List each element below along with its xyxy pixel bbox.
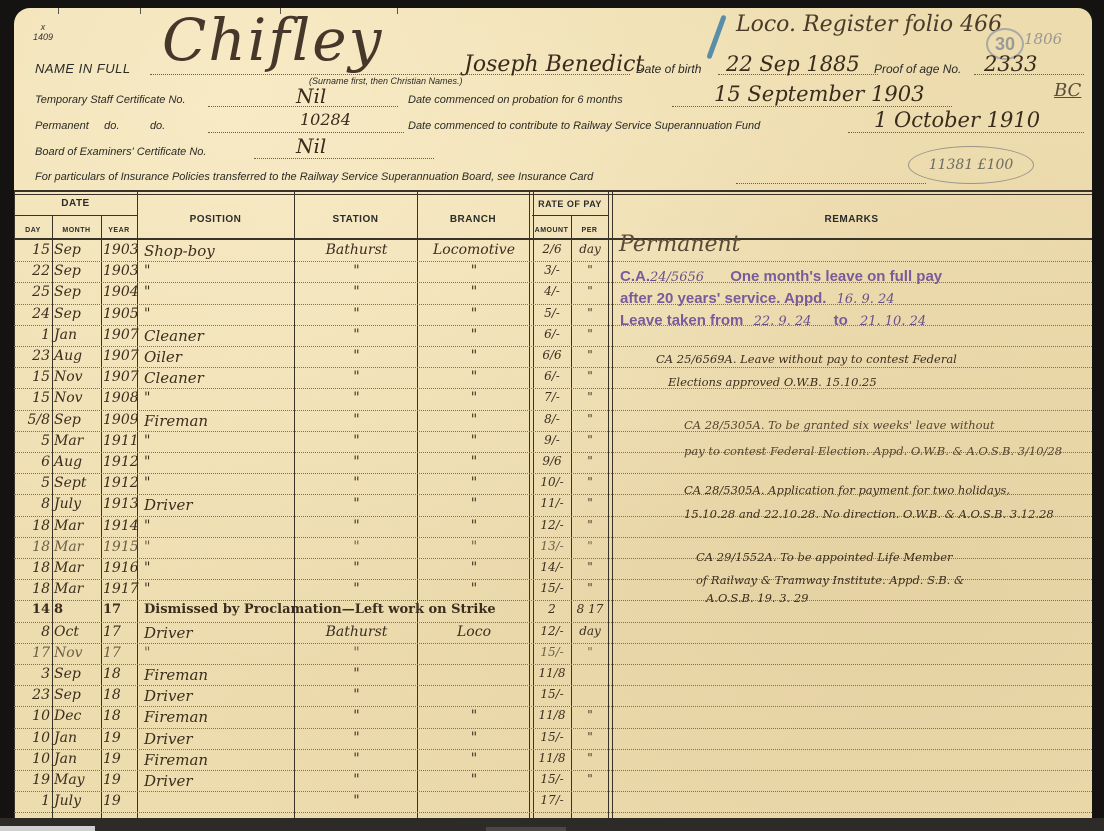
col-line: [101, 216, 102, 831]
cell-day: 10: [16, 730, 50, 746]
stamp-ref: 24/5656: [650, 270, 704, 285]
cell-year: 1917: [103, 581, 137, 597]
cell-month: July: [54, 793, 100, 809]
cell-station: ": [298, 348, 415, 364]
edge-tick: [140, 8, 141, 14]
cell-per: ": [572, 772, 608, 786]
cell-amount: 11/8: [533, 666, 571, 680]
header-station: STATION: [294, 214, 417, 225]
cell-station: ": [298, 284, 415, 300]
cell-station: ": [298, 433, 415, 449]
probation-label: Date commenced on probation for 6 months: [408, 94, 623, 106]
cell-position: ": [144, 454, 292, 470]
cell-branch: ": [420, 454, 528, 470]
file-mark: x 1409: [33, 22, 53, 42]
cell-day: 22: [16, 263, 50, 279]
cell-branch: ": [420, 306, 528, 322]
perm-dotted-line: [208, 132, 404, 133]
remark-4-line-3: A.O.S.B. 19. 3. 29: [706, 591, 808, 605]
header-month: MONTH: [52, 227, 101, 234]
cell-position: ": [144, 306, 292, 322]
cell-day: 3: [16, 666, 50, 682]
cell-year: 1916: [103, 560, 137, 576]
cell-year: 1915: [103, 539, 137, 555]
cell-amount: 11/8: [533, 751, 571, 765]
cell-station: ": [298, 581, 415, 597]
cell-month: Mar: [54, 581, 100, 597]
cell-amount: 11/8: [533, 708, 571, 722]
cell-branch: ": [420, 412, 528, 428]
row-dotted-line: [14, 473, 1092, 474]
cell-day: 23: [16, 348, 50, 364]
cell-branch: ": [420, 772, 528, 788]
cell-amount: 4/-: [533, 284, 571, 298]
cell-amount: 9/-: [533, 433, 571, 447]
dob-label: Date of birth: [636, 62, 701, 76]
cell-year: 1912: [103, 454, 137, 470]
remark-2-line-2: pay to contest Federal Election. Appd. O…: [684, 444, 1062, 458]
leave-stamp-line-3: Leave taken from 22. 9. 24 to 21. 10. 24: [620, 312, 926, 329]
cell-month: Nov: [54, 390, 100, 406]
row-dotted-line: [14, 749, 1092, 750]
cell-amount: 8/-: [533, 412, 571, 426]
stamp-to-label: to: [834, 312, 848, 329]
insurance-dotted-line: [736, 183, 926, 184]
cell-amount: 11/-: [533, 496, 571, 510]
scroll-indicator[interactable]: [486, 827, 566, 831]
cell-day: 23: [16, 687, 50, 703]
cell-station: ": [298, 306, 415, 322]
col-line: [294, 190, 295, 831]
cell-per: ": [572, 645, 608, 659]
cell-month: Sep: [54, 284, 100, 300]
cell-station: ": [298, 518, 415, 534]
cell-station: ": [298, 645, 415, 661]
cell-amount: 15/-: [533, 730, 571, 744]
row-dotted-line: [14, 367, 1092, 368]
board-cert-value: Nil: [296, 134, 326, 158]
cell-amount: 6/-: [533, 327, 571, 341]
cell-month: Sep: [54, 263, 100, 279]
initials: BC: [1054, 80, 1081, 101]
probation-value: 15 September 1903: [714, 82, 924, 106]
cell-per: ": [572, 369, 608, 383]
cell-day: 19: [16, 772, 50, 788]
cell-per: ": [572, 581, 608, 595]
row-dotted-line: [14, 346, 1092, 347]
cell-branch: ": [420, 369, 528, 385]
cell-station: ": [298, 751, 415, 767]
cell-per: ": [572, 560, 608, 574]
cell-branch: ": [420, 390, 528, 406]
cell-day: 17: [16, 645, 50, 661]
cell-day: 18: [16, 539, 50, 555]
header-per: PER: [571, 227, 608, 234]
cell-amount: 6/-: [533, 369, 571, 383]
cell-station: ": [298, 687, 415, 703]
edge-tick: [397, 8, 398, 14]
cell-position: Driver: [144, 624, 292, 642]
stamp-prefix: C.A.: [620, 268, 650, 285]
cell-position: Driver: [144, 496, 292, 514]
cell-month: Sep: [54, 666, 100, 682]
header-rate-of-pay: RATE OF PAY: [532, 199, 608, 209]
cell-month: May: [54, 772, 100, 788]
cell-month: Mar: [54, 518, 100, 534]
cell-amount: 3/-: [533, 263, 571, 277]
cell-per: ": [572, 751, 608, 765]
file-mark-number: 1409: [33, 32, 53, 42]
stamp-text-2: after 20 years' service. Appd.: [620, 290, 826, 307]
row-dotted-line: [14, 643, 1092, 644]
rate-subheader-line: [532, 215, 608, 216]
cell-year: 1913: [103, 496, 137, 512]
cell-per: day: [572, 624, 608, 638]
row-dotted-line: [14, 706, 1092, 707]
leave-stamp-line-2: after 20 years' service. Appd. 16. 9. 24: [620, 290, 895, 307]
cell-year: 1904: [103, 284, 137, 300]
insurance-note-circled: 11381 £100: [908, 146, 1034, 184]
cell-year: 19: [103, 730, 137, 746]
header-remarks: REMARKS: [611, 214, 1092, 225]
row-dotted-line: [14, 537, 1092, 538]
cell-position: ": [144, 284, 292, 300]
name-label: NAME IN FULL: [35, 61, 131, 76]
date-subheader-line: [14, 215, 137, 216]
proof-of-age-value: 2333: [984, 52, 1037, 76]
cell-day: 1: [16, 793, 50, 809]
row-dotted-line: [14, 664, 1092, 665]
cell-per: ": [572, 348, 608, 362]
row-dotted-line: [14, 685, 1092, 686]
cell-branch: ": [420, 539, 528, 555]
cell-branch: ": [420, 348, 528, 364]
cell-year: 1907: [103, 369, 137, 385]
superannuation-value: 1 October 1910: [874, 108, 1040, 132]
cell-year: 1914: [103, 518, 137, 534]
cell-position: Fireman: [144, 412, 292, 430]
remark-4-line-1: CA 29/1552A. To be appointed Life Member: [696, 550, 953, 564]
cell-month: Sep: [54, 687, 100, 703]
cell-position: Dismissed by Proclamation—Left work on S…: [144, 602, 504, 617]
cell-per: 8 17: [572, 602, 608, 616]
cell-position: ": [144, 581, 292, 597]
cell-position: ": [144, 645, 292, 661]
cell-day: 15: [16, 242, 50, 258]
cell-amount: 9/6: [533, 454, 571, 468]
cell-per: ": [572, 730, 608, 744]
cell-month: Nov: [54, 645, 100, 661]
cell-year: 1909: [103, 412, 137, 428]
cell-year: 1903: [103, 263, 137, 279]
header-position: POSITION: [137, 214, 294, 225]
cell-year: 1908: [103, 390, 137, 406]
corner-number: 1806: [1024, 30, 1062, 48]
cell-position: ": [144, 390, 292, 406]
cell-month: Jan: [54, 327, 100, 343]
table-top-border-2: [14, 194, 1092, 195]
cell-amount: 7/-: [533, 390, 571, 404]
cell-year: 19: [103, 793, 137, 809]
col-line: [417, 190, 418, 831]
cell-day: 1: [16, 327, 50, 343]
cell-amount: 17/-: [533, 793, 571, 807]
cell-position: Fireman: [144, 708, 292, 726]
cell-month: Sep: [54, 412, 100, 428]
remark-1-line-2: Elections approved O.W.B. 15.10.25: [668, 375, 877, 389]
cell-year: 17: [103, 602, 137, 617]
cell-month: Mar: [54, 433, 100, 449]
cell-position: Fireman: [144, 751, 292, 769]
cell-position: ": [144, 560, 292, 576]
table-top-border: [14, 190, 1092, 192]
row-dotted-line: [14, 261, 1092, 262]
cell-amount: 5/-: [533, 306, 571, 320]
cell-branch: ": [420, 263, 528, 279]
cell-branch: Loco: [420, 624, 528, 640]
cell-branch: ": [420, 730, 528, 746]
cell-branch: ": [420, 751, 528, 767]
permanent-cert-label: Permanent do. do.: [35, 120, 165, 132]
cell-station: ": [298, 666, 415, 682]
cell-per: ": [572, 433, 608, 447]
cell-month: Aug: [54, 348, 100, 364]
dob-value: 22 Sep 1885: [726, 52, 860, 76]
cell-station: ": [298, 730, 415, 746]
row-dotted-line: [14, 728, 1092, 729]
cell-year: 17: [103, 645, 137, 661]
cell-day: 24: [16, 306, 50, 322]
cell-day: 5/8: [16, 412, 50, 428]
cell-day: 18: [16, 518, 50, 534]
cell-position: ": [144, 518, 292, 534]
row-dotted-line: [14, 388, 1092, 389]
cell-year: 18: [103, 666, 137, 682]
cell-station: ": [298, 496, 415, 512]
cell-amount: 12/-: [533, 518, 571, 532]
row-dotted-line: [14, 410, 1092, 411]
remark-3-line-1: CA 28/5305A. Application for payment for…: [684, 483, 1010, 497]
cell-station: ": [298, 412, 415, 428]
cell-day: 6: [16, 454, 50, 470]
cell-year: 1907: [103, 327, 137, 343]
cell-per: ": [572, 454, 608, 468]
cell-position: ": [144, 539, 292, 555]
super-dotted-line: [848, 132, 1084, 133]
cell-per: ": [572, 263, 608, 277]
blue-tick-mark: [706, 15, 726, 60]
register-folio-note: Loco. Register folio 466: [736, 12, 1002, 37]
row-dotted-line: [14, 791, 1092, 792]
probation-dotted-line: [672, 106, 952, 107]
cell-position: Fireman: [144, 666, 292, 684]
permanent-cert-value: 10284: [300, 110, 351, 129]
header-day: DAY: [14, 227, 52, 234]
cell-amount: 15/-: [533, 645, 571, 659]
cell-day: 8: [16, 624, 50, 640]
cell-per: ": [572, 496, 608, 510]
cell-day: 5: [16, 475, 50, 491]
col-line: [608, 190, 613, 831]
cell-year: 1907: [103, 348, 137, 364]
cell-branch: ": [420, 560, 528, 576]
cell-month: Aug: [54, 454, 100, 470]
cell-amount: 15/-: [533, 581, 571, 595]
cell-month: Jan: [54, 730, 100, 746]
cell-station: ": [298, 369, 415, 385]
superannuation-label: Date commenced to contribute to Railway …: [408, 120, 760, 132]
cell-station: Bathurst: [298, 624, 415, 640]
cell-year: 1912: [103, 475, 137, 491]
row-dotted-line: [14, 812, 1092, 813]
cell-station: ": [298, 560, 415, 576]
cell-per: ": [572, 518, 608, 532]
cell-position: Cleaner: [144, 327, 292, 345]
cell-year: 17: [103, 624, 137, 640]
cell-year: 1905: [103, 306, 137, 322]
cell-station: ": [298, 539, 415, 555]
stamp-leave-from: 22. 9. 24: [754, 314, 812, 329]
cell-month: Sep: [54, 306, 100, 322]
stamp-text-3: Leave taken from: [620, 312, 743, 329]
temp-cert-label: Temporary Staff Certificate No.: [35, 94, 186, 106]
cell-year: 19: [103, 751, 137, 767]
cell-month: Oct: [54, 624, 100, 640]
board-cert-label: Board of Examiners' Certificate No.: [35, 146, 206, 158]
insurance-label: For particulars of Insurance Policies tr…: [35, 171, 593, 183]
file-mark-x: x: [33, 22, 53, 32]
cell-amount: 2: [533, 602, 571, 616]
header-amount: AMOUNT: [532, 227, 571, 234]
cell-year: 18: [103, 687, 137, 703]
cell-per: ": [572, 475, 608, 489]
col-line: [14, 190, 15, 831]
cell-branch: ": [420, 475, 528, 491]
horizontal-scrollbar-thumb[interactable]: [0, 826, 95, 831]
header-branch: BRANCH: [417, 214, 529, 225]
cell-day: 10: [16, 708, 50, 724]
cell-station: ": [298, 793, 415, 809]
cell-month: Mar: [54, 560, 100, 576]
cell-year: 18: [103, 708, 137, 724]
cell-day: 8: [16, 496, 50, 512]
cell-station: ": [298, 454, 415, 470]
cell-month: Nov: [54, 369, 100, 385]
cell-amount: 12/-: [533, 624, 571, 638]
cell-month: July: [54, 496, 100, 512]
cell-branch: ": [420, 284, 528, 300]
cell-per: ": [572, 390, 608, 404]
cell-branch: ": [420, 518, 528, 534]
cell-month: Sept: [54, 475, 100, 491]
cell-station: ": [298, 708, 415, 724]
cell-day: 14: [16, 602, 50, 617]
header-bottom-border: [14, 238, 1092, 240]
board-dotted-line: [254, 158, 434, 159]
cell-day: 10: [16, 751, 50, 767]
cell-position: Driver: [144, 730, 292, 748]
cell-branch: ": [420, 581, 528, 597]
header-year: YEAR: [101, 227, 137, 234]
row-dotted-line: [14, 622, 1092, 623]
cell-day: 18: [16, 560, 50, 576]
cell-branch: ": [420, 327, 528, 343]
cell-month: Sep: [54, 242, 100, 258]
cell-year: 1911: [103, 433, 137, 449]
cell-station: ": [298, 327, 415, 343]
temp-cert-value: Nil: [296, 84, 326, 108]
leave-stamp-line-1: C.A.24/5656 One month's leave on full pa…: [620, 268, 942, 285]
cell-amount: 15/-: [533, 772, 571, 786]
name-hint: (Surname first, then Christian Names.): [309, 76, 463, 86]
cell-station: Bathurst: [298, 242, 415, 258]
header-date: DATE: [14, 198, 137, 209]
cell-day: 15: [16, 369, 50, 385]
cell-branch: Locomotive: [420, 242, 528, 258]
cell-day: 18: [16, 581, 50, 597]
cell-amount: 13/-: [533, 539, 571, 553]
row-dotted-line: [14, 770, 1092, 771]
cell-amount: 15/-: [533, 687, 571, 701]
cell-per: ": [572, 539, 608, 553]
cell-position: Oiler: [144, 348, 292, 366]
given-names: Joseph Benedict: [464, 52, 644, 77]
cell-station: ": [298, 390, 415, 406]
proof-of-age-label: Proof of age No.: [874, 62, 961, 76]
cell-branch: ": [420, 496, 528, 512]
row-dotted-line: [14, 600, 1092, 601]
cell-position: Cleaner: [144, 369, 292, 387]
cell-station: ": [298, 475, 415, 491]
remark-1-line-1: CA 25/6569A. Leave without pay to contes…: [656, 352, 957, 366]
cell-month: Dec: [54, 708, 100, 724]
service-record-card: x 1409 Chifley Loco. Register folio 466 …: [14, 8, 1092, 831]
cell-month: Jan: [54, 751, 100, 767]
surname-handwritten: Chifley: [162, 6, 383, 74]
cell-per: ": [572, 284, 608, 298]
stamp-text-1: One month's leave on full pay: [730, 268, 942, 285]
cell-year: 19: [103, 772, 137, 788]
cell-position: ": [144, 263, 292, 279]
cell-branch: ": [420, 433, 528, 449]
cell-per: day: [572, 242, 608, 256]
edge-tick: [58, 8, 59, 14]
cell-position: Driver: [144, 687, 292, 705]
remark-4-line-2: of Railway & Tramway Institute. Appd. S.…: [696, 573, 964, 587]
cell-per: ": [572, 306, 608, 320]
cell-position: ": [144, 433, 292, 449]
remark-2-line-1: CA 28/5305A. To be granted six weeks' le…: [684, 418, 995, 432]
col-line: [52, 216, 53, 831]
cell-position: Shop-boy: [144, 242, 292, 260]
cell-per: ": [572, 327, 608, 341]
cell-day: 25: [16, 284, 50, 300]
cell-station: ": [298, 772, 415, 788]
cell-branch: ": [420, 708, 528, 724]
stamp-leave-to: 21. 10. 24: [860, 314, 926, 329]
cell-day: 5: [16, 433, 50, 449]
remark-3-line-2: 15.10.28 and 22.10.28. No direction. O.W…: [684, 507, 1054, 521]
cell-position: Driver: [144, 772, 292, 790]
cell-month: Mar: [54, 539, 100, 555]
cell-day: 15: [16, 390, 50, 406]
cell-per: ": [572, 708, 608, 722]
cell-amount: 2/6: [533, 242, 571, 256]
cell-amount: 14/-: [533, 560, 571, 574]
cell-year: 1903: [103, 242, 137, 258]
cell-month: 8: [54, 602, 100, 617]
cell-station: ": [298, 263, 415, 279]
